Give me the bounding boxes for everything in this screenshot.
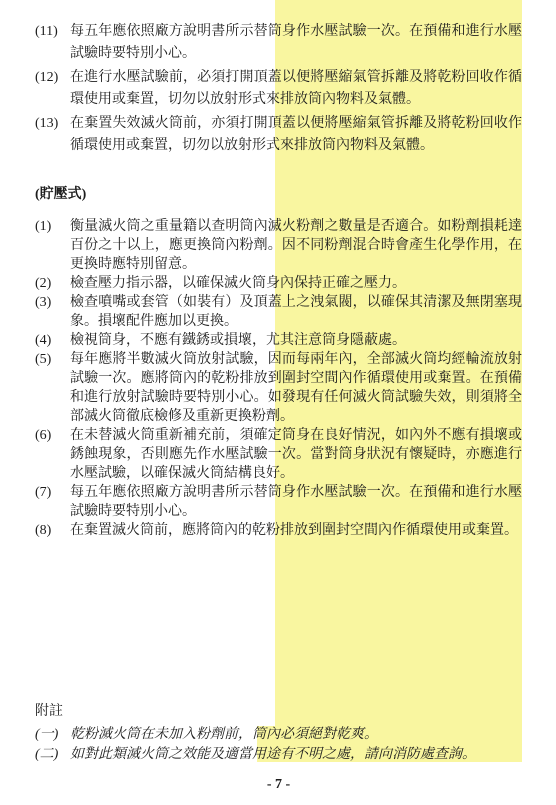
note-item: (二) 如對此類滅火筒之效能及適當用途有不明之處，請向消防處查詢。 bbox=[35, 745, 522, 765]
item-text: 每五年應依照廠方說明書所示替筒身作水壓試驗一次。在預備和進行水壓試驗時要特別小心… bbox=[70, 483, 522, 521]
document-page: (11) 每五年應依照廠方說明書所示替筒身作水壓試驗一次。在預備和進行水壓試驗時… bbox=[0, 0, 556, 805]
numbered-item: (7) 每五年應依照廠方說明書所示替筒身作水壓試驗一次。在預備和進行水壓試驗時要… bbox=[35, 483, 522, 521]
section-heading: (貯壓式) bbox=[35, 185, 522, 204]
item-number: (2) bbox=[35, 274, 70, 293]
item-text: 檢視筒身，不應有鐵銹或損壞，尤其注意筒身隱蔽處。 bbox=[70, 331, 522, 350]
item-text: 在棄置滅火筒前，應將筒內的乾粉排放到圍封空間內作循環使用或棄置。 bbox=[70, 521, 522, 540]
numbered-item: (13) 在棄置失效滅火筒前，亦須打開頂蓋以便將壓縮氣管拆離及將乾粉回收作循環使… bbox=[35, 113, 522, 157]
item-text: 每年應將半數滅火筒放射試驗，因而每兩年內，全部滅火筒均經輪流放射試驗一次。應將筒… bbox=[70, 350, 522, 426]
item-number: (二) bbox=[35, 745, 70, 765]
item-text: 每五年應依照廠方說明書所示替筒身作水壓試驗一次。在預備和進行水壓試驗時要特別小心… bbox=[70, 21, 522, 65]
numbered-item: (1) 衡量滅火筒之重量籍以查明筒內滅火粉劑之數量是否適合。如粉劑損耗達百份之十… bbox=[35, 217, 522, 274]
item-number: (3) bbox=[35, 293, 70, 331]
numbered-item: (8) 在棄置滅火筒前，應將筒內的乾粉排放到圍封空間內作循環使用或棄置。 bbox=[35, 521, 522, 540]
item-number: (7) bbox=[35, 483, 70, 521]
item-text: 衡量滅火筒之重量籍以查明筒內滅火粉劑之數量是否適合。如粉劑損耗達百份之十以上，應… bbox=[70, 217, 522, 274]
numbered-item: (5) 每年應將半數滅火筒放射試驗，因而每兩年內，全部滅火筒均經輪流放射試驗一次… bbox=[35, 350, 522, 426]
item-text: 乾粉滅火筒在未加入粉劑前，筒內必須絕對乾爽。 bbox=[70, 725, 522, 745]
item-number: (6) bbox=[35, 426, 70, 483]
item-number: (4) bbox=[35, 331, 70, 350]
section-top-items: (11) 每五年應依照廠方說明書所示替筒身作水壓試驗一次。在預備和進行水壓試驗時… bbox=[35, 21, 522, 157]
item-text: 檢查噴嘴或套管（如裝有）及頂蓋上之洩氣閥，以確保其清潔及無閉塞現象。損壞配件應加… bbox=[70, 293, 522, 331]
section-stored-pressure-items: (1) 衡量滅火筒之重量籍以查明筒內滅火粉劑之數量是否適合。如粉劑損耗達百份之十… bbox=[35, 217, 522, 540]
item-number: (12) bbox=[35, 67, 70, 111]
page-content: (11) 每五年應依照廠方說明書所示替筒身作水壓試驗一次。在預備和進行水壓試驗時… bbox=[35, 21, 522, 793]
numbered-item: (12) 在進行水壓試驗前，必須打開頂蓋以便將壓縮氣管拆離及將乾粉回收作循環使用… bbox=[35, 67, 522, 111]
item-text: 在進行水壓試驗前，必須打開頂蓋以便將壓縮氣管拆離及將乾粉回收作循環使用或棄置，切… bbox=[70, 67, 522, 111]
item-number: (8) bbox=[35, 521, 70, 540]
item-number: (5) bbox=[35, 350, 70, 426]
numbered-item: (3) 檢查噴嘴或套管（如裝有）及頂蓋上之洩氣閥，以確保其清潔及無閉塞現象。損壞… bbox=[35, 293, 522, 331]
item-number: (1) bbox=[35, 217, 70, 274]
item-number: (一) bbox=[35, 725, 70, 745]
numbered-item: (6) 在未替滅火筒重新補充前，須確定筒身在良好情況，如內外不應有損壞或銹蝕現象… bbox=[35, 426, 522, 483]
section-notes: (一) 乾粉滅火筒在未加入粉劑前，筒內必須絕對乾爽。 (二) 如對此類滅火筒之效… bbox=[35, 725, 522, 765]
notes-heading: 附註 bbox=[35, 702, 522, 721]
item-text: 在棄置失效滅火筒前，亦須打開頂蓋以便將壓縮氣管拆離及將乾粉回收作循環使用或棄置，… bbox=[70, 113, 522, 157]
item-number: (11) bbox=[35, 21, 70, 65]
page-number: - 7 - bbox=[35, 777, 522, 793]
item-text: 如對此類滅火筒之效能及適當用途有不明之處，請向消防處查詢。 bbox=[70, 745, 522, 765]
item-text: 檢查壓力指示器，以確保滅火筒身內保持正確之壓力。 bbox=[70, 274, 522, 293]
item-text: 在未替滅火筒重新補充前，須確定筒身在良好情況，如內外不應有損壞或銹蝕現象，否則應… bbox=[70, 426, 522, 483]
item-number: (13) bbox=[35, 113, 70, 157]
numbered-item: (11) 每五年應依照廠方說明書所示替筒身作水壓試驗一次。在預備和進行水壓試驗時… bbox=[35, 21, 522, 65]
numbered-item: (4) 檢視筒身，不應有鐵銹或損壞，尤其注意筒身隱蔽處。 bbox=[35, 331, 522, 350]
numbered-item: (2) 檢查壓力指示器，以確保滅火筒身內保持正確之壓力。 bbox=[35, 274, 522, 293]
note-item: (一) 乾粉滅火筒在未加入粉劑前，筒內必須絕對乾爽。 bbox=[35, 725, 522, 745]
